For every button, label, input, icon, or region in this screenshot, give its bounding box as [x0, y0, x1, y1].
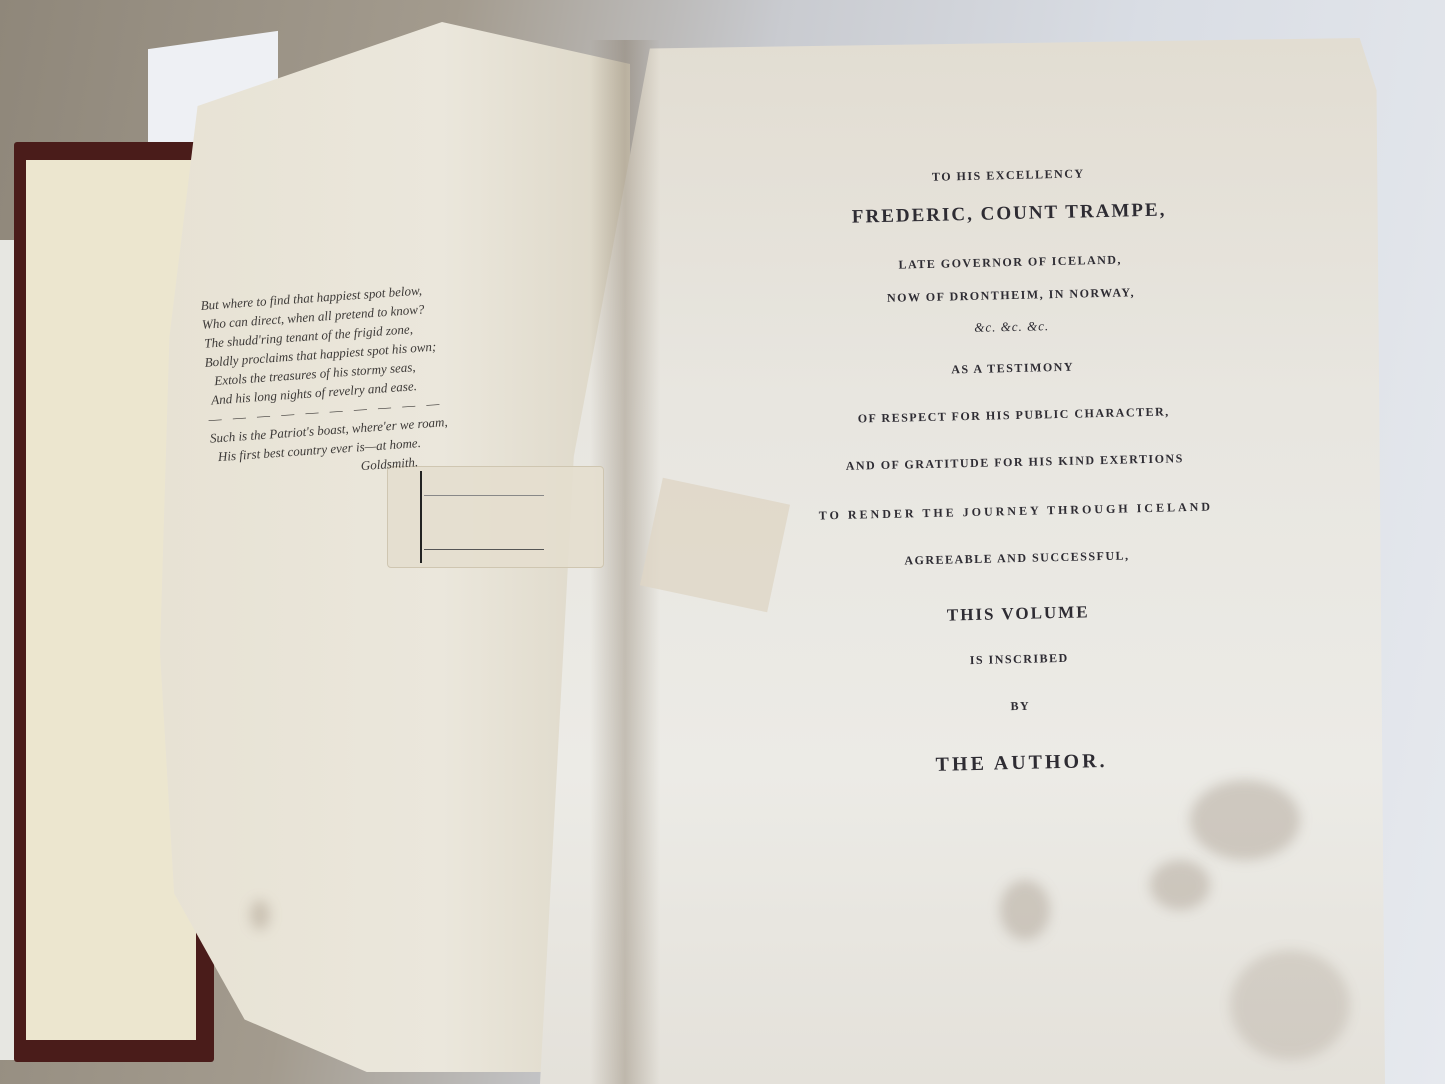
dedication-line: TO RENDER THE JOURNEY THROUGH ICELAND: [781, 499, 1251, 525]
dedication-line: AGREEABLE AND SUCCESSFUL,: [782, 546, 1252, 572]
printed-rule: [420, 471, 422, 563]
dedicatee-title: LATE GOVERNOR OF ICELAND,: [775, 250, 1245, 276]
foxing-stain: [1230, 950, 1350, 1060]
dedication-line: AS A TESTIMONY: [778, 356, 1248, 382]
dedicatee-name: FREDERIC, COUNT TRAMPE,: [774, 198, 1244, 231]
foxing-stain: [250, 900, 270, 930]
printed-rule: [424, 495, 544, 496]
foxing-stain: [1000, 880, 1050, 940]
dedication-line: OF RESPECT FOR HIS PUBLIC CHARACTER,: [779, 403, 1249, 429]
dedication-by: BY: [785, 694, 1255, 720]
printed-rule: [424, 549, 544, 550]
epigraph: But where to find that happiest spot bel…: [200, 281, 423, 485]
foxing-stain: [1150, 860, 1210, 910]
dedication-volume: THIS VOLUME: [783, 599, 1253, 630]
foxing-stain: [1190, 780, 1300, 860]
tape-repair-left: [387, 466, 604, 568]
dedication-line: IS INSCRIBED: [784, 647, 1254, 673]
dedication-etc: &c. &c. &c.: [777, 314, 1247, 341]
dedication-line: AND OF GRATITUDE FOR HIS KIND EXERTIONS: [780, 450, 1250, 476]
dedicatee-title: NOW OF DRONTHEIM, IN NORWAY,: [776, 283, 1246, 309]
dedication: TO HIS EXCELLENCY FREDERIC, COUNT TRAMPE…: [773, 163, 1257, 781]
